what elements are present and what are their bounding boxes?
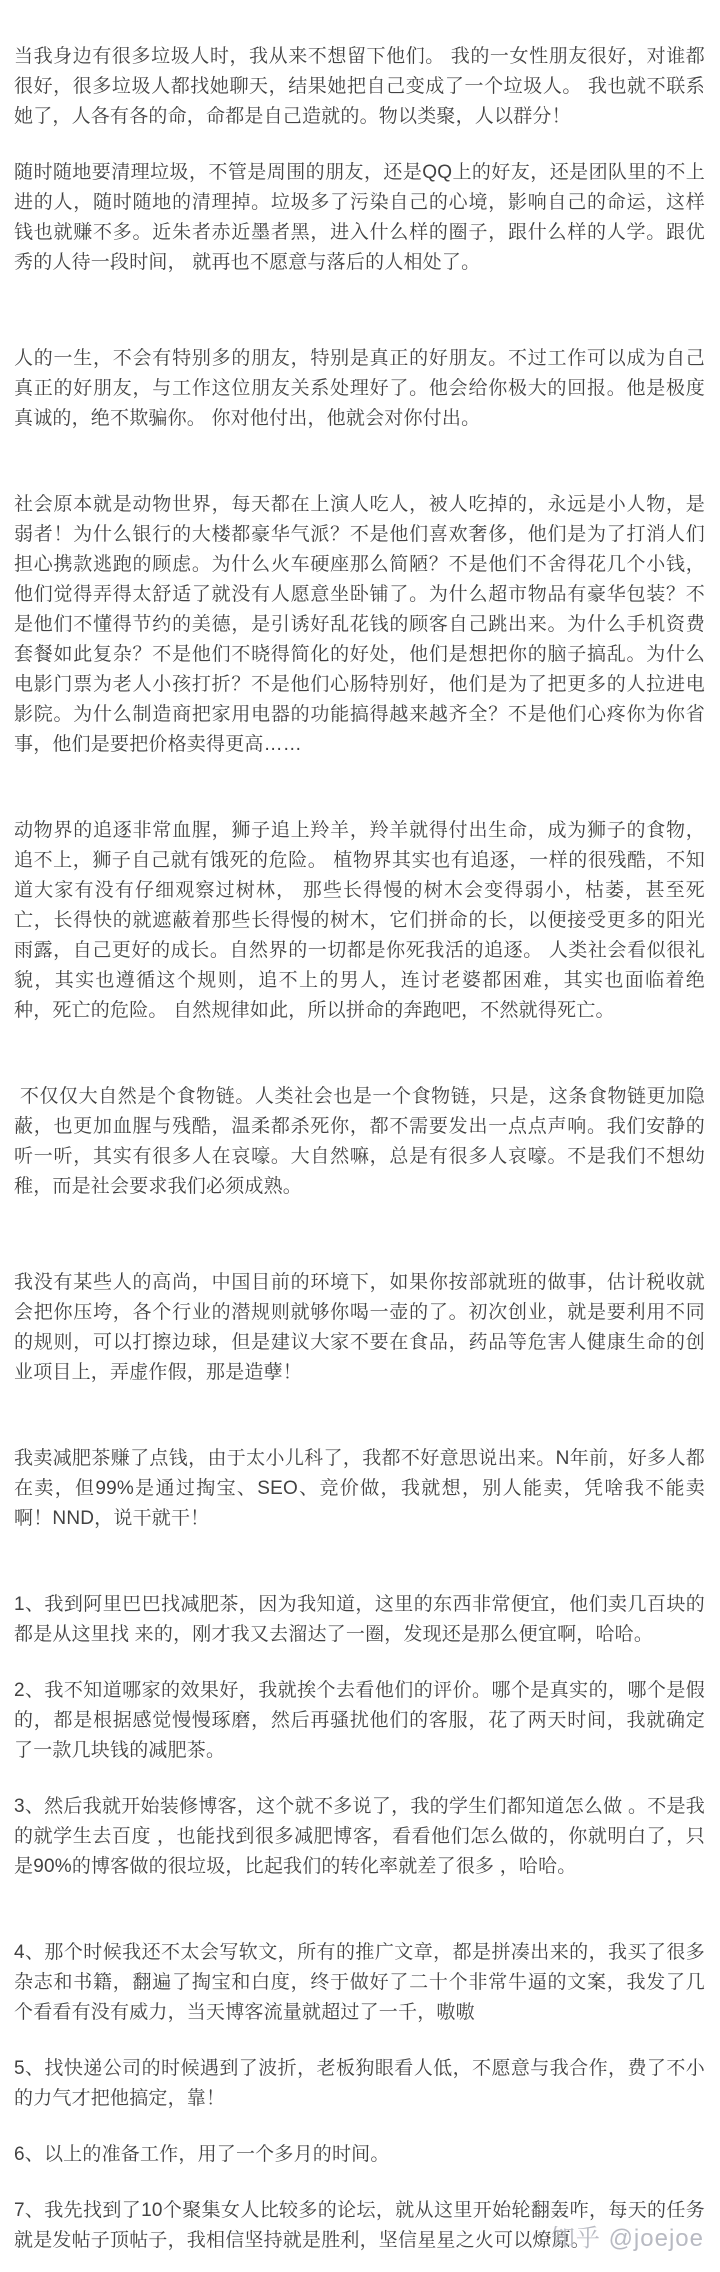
paragraph-7: 我没有某些人的高尚，中国目前的环境下，如果你按部就班的做事，估计税收就会把你压垮… [14, 1268, 705, 1388]
paragraph-4: 社会原本就是动物世界，每天都在上演人吃人，被人吃掉的，永远是小人物，是弱者！为什… [14, 490, 705, 760]
paragraph-6: 不仅仅大自然是个食物链。人类社会也是一个食物链，只是，这条食物链更加隐蔽，也更加… [14, 1082, 705, 1202]
article-page: 当我身边有很多垃圾人时，我从来不想留下他们。 我的一女性朋友很好，对谁都很好，很… [0, 0, 720, 2272]
paragraph-2: 随时随地要清理垃圾，不管是周围的朋友，还是QQ上的好友，还是团队里的不上进的人，… [14, 158, 705, 278]
paragraph-5: 动物界的追逐非常血腥，狮子追上羚羊，羚羊就得付出生命，成为狮子的食物，追不上，狮… [14, 816, 705, 1026]
paragraph-1: 当我身边有很多垃圾人时，我从来不想留下他们。 我的一女性朋友很好，对谁都很好，很… [14, 42, 705, 132]
paragraph-list-item-3: 3、然后我就开始装修博客，这个就不多说了，我的学生们都知道怎么做 。不是我的就学… [14, 1792, 705, 1882]
paragraph-list-item-5: 5、找快递公司的时候遇到了波折，老板狗眼看人低，不愿意与我合作，费了不小的力气才… [14, 2054, 705, 2114]
paragraph-list-item-2: 2、我不知道哪家的效果好，我就挨个去看他们的评价。哪个是真实的，哪个是假的，都是… [14, 1676, 705, 1766]
paragraph-list-item-4: 4、那个时候我还不太会写软文，所有的推广文章，都是拼凑出来的，我买了很多杂志和书… [14, 1938, 705, 2028]
paragraph-8: 我卖减肥茶赚了点钱，由于太小儿科了，我都不好意思说出来。N年前，好多人都在卖，但… [14, 1444, 705, 1534]
paragraph-3: 人的一生，不会有特别多的朋友，特别是真正的好朋友。不过工作可以成为自己真正的好朋… [14, 344, 705, 434]
zhihu-watermark: 知乎 @joejoe [551, 2224, 704, 2254]
paragraph-list-item-6: 6、以上的准备工作，用了一个多月的时间。 [14, 2140, 705, 2170]
paragraph-list-item-1: 1、我到阿里巴巴找减肥茶，因为我知道，这里的东西非常便宜，他们卖几百块的都是从这… [14, 1590, 705, 1650]
